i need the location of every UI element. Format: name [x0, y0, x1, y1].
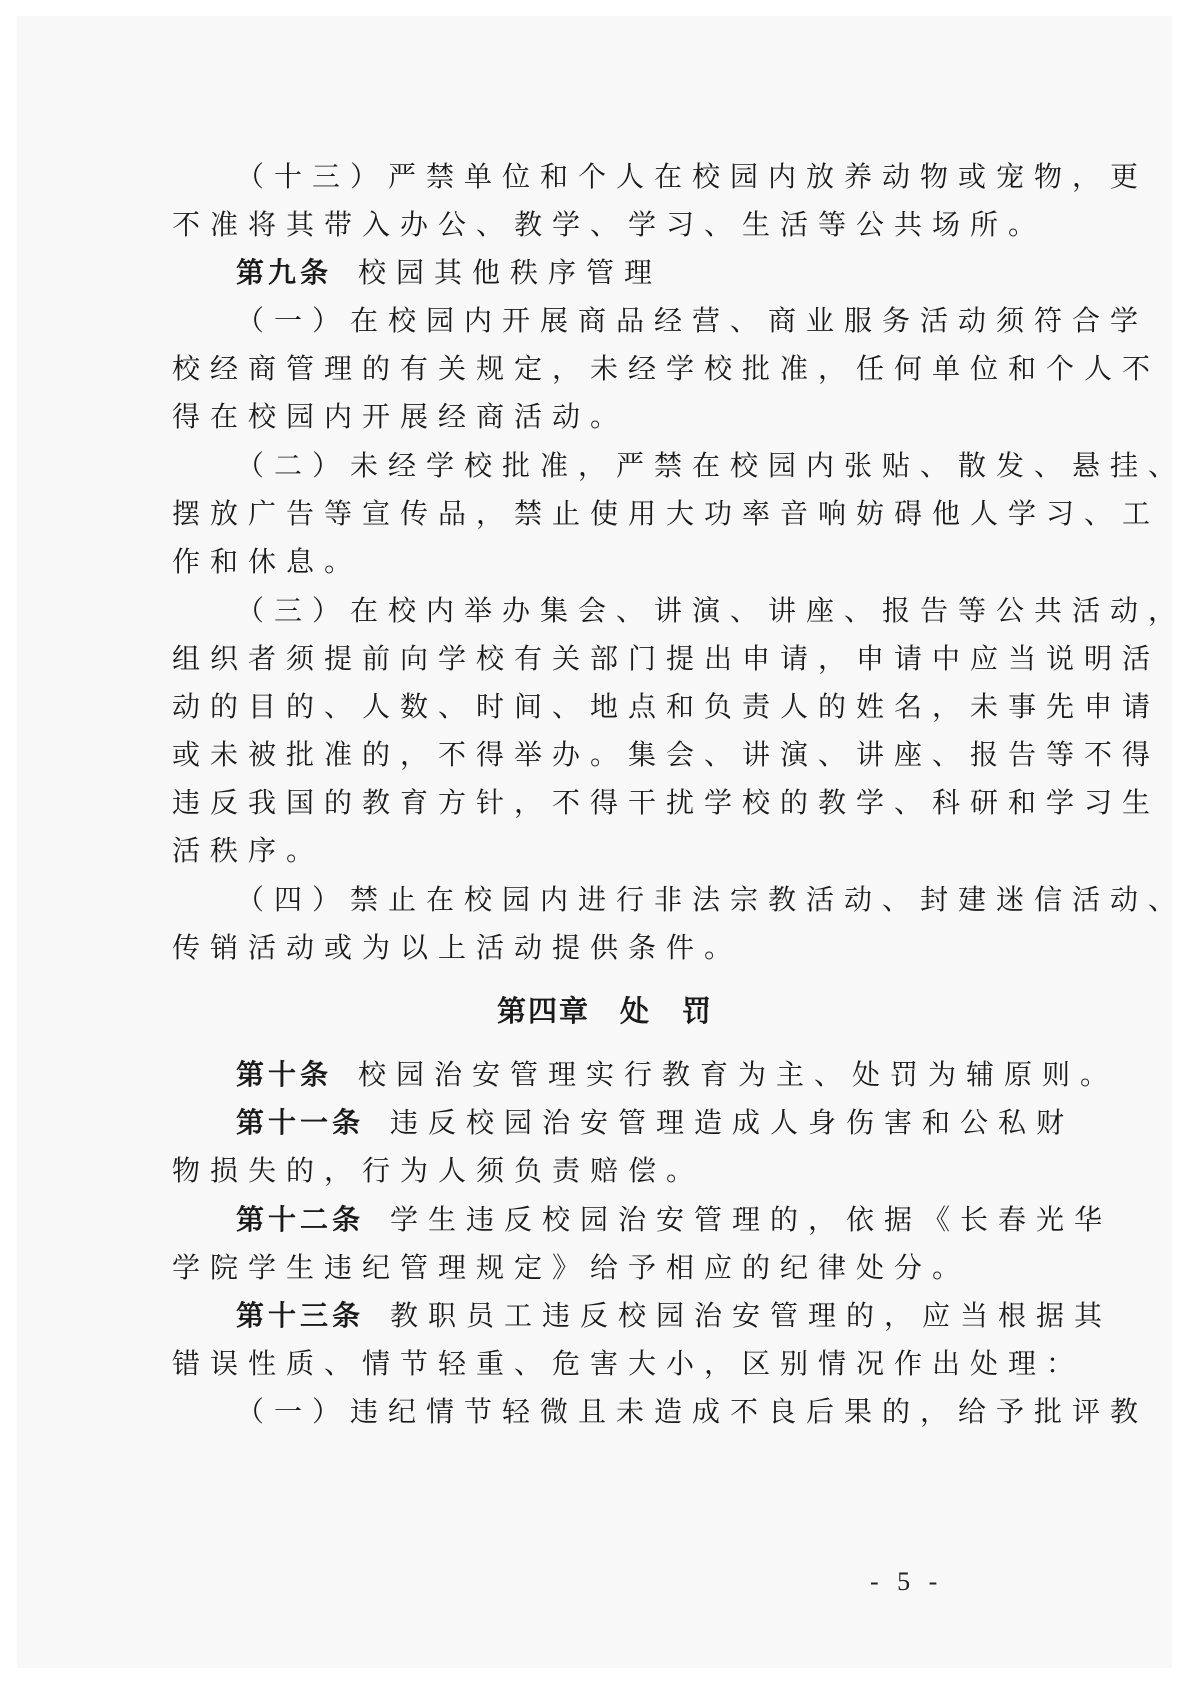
article-line: 第十三条教职员工违反校园治安管理的，应当根据其: [236, 1292, 1036, 1340]
paragraph-line: 学院学生违纪管理规定》给予相应的纪律处分。: [172, 1244, 972, 1292]
article-text: 学生违反校园治安管理的，依据《长春光华: [390, 1203, 1112, 1236]
chapter-title: 处 罚: [620, 994, 713, 1028]
paragraph-line: 错误性质、情节轻重、危害大小，区别情况作出处理：: [172, 1340, 972, 1388]
paragraph-line: 违反我国的教育方针，不得干扰学校的教学、科研和学习生: [172, 779, 972, 827]
chapter-heading: 第四章处 罚: [0, 987, 1190, 1035]
paragraph-line: （四）禁止在校园内进行非法宗教活动、封建迷信活动、: [236, 876, 1036, 924]
paragraph-line: （三）在校内举办集会、讲演、讲座、报告等公共活动，: [236, 587, 1036, 635]
paragraph-line: 得在校园内开展经商活动。: [172, 393, 972, 441]
article-line: 第十二条学生违反校园治安管理的，依据《长春光华: [236, 1196, 1036, 1244]
article-number: 第十二条: [236, 1203, 364, 1236]
paragraph-line: 活秩序。: [172, 827, 972, 875]
article-title: 校园其他秩序管理: [358, 256, 662, 289]
article-number: 第九条: [236, 256, 332, 289]
paragraph-line: （十三）严禁单位和个人在校园内放养动物或宠物，更: [236, 153, 1036, 201]
paragraph-line: 作和休息。: [172, 538, 972, 586]
paragraph-line: （一）违纪情节轻微且未造成不良后果的，给予批评教: [236, 1388, 1036, 1436]
paragraph-line: 组织者须提前向学校有关部门提出申请，申请中应当说明活: [172, 635, 972, 683]
chapter-number: 第四章: [497, 994, 590, 1028]
paragraph-line: 传销活动或为以上活动提供条件。: [172, 924, 972, 972]
paragraph-line: （一）在校园内开展商品经营、商业服务活动须符合学: [236, 297, 1036, 345]
article-heading-line: 第九条校园其他秩序管理: [236, 249, 1036, 297]
article-number: 第十三条: [236, 1299, 364, 1332]
paragraph-line: 动的目的、人数、时间、地点和负责人的姓名，未事先申请: [172, 683, 972, 731]
paragraph-line: （二）未经学校批准，严禁在校园内张贴、散发、悬挂、: [236, 442, 1036, 490]
article-text: 教职员工违反校园治安管理的，应当根据其: [390, 1299, 1112, 1332]
article-text: 校园治安管理实行教育为主、处罚为辅原则。: [358, 1058, 1118, 1091]
page-number: - 5 -: [870, 1562, 943, 1602]
article-number: 第十一条: [236, 1106, 364, 1139]
article-number: 第十条: [236, 1058, 332, 1091]
paragraph-line: 摆放广告等宣传品，禁止使用大功率音响妨碍他人学习、工: [172, 490, 972, 538]
paragraph-line: 物损失的，行为人须负责赔偿。: [172, 1147, 972, 1195]
paragraph-line: 或未被批准的，不得举办。集会、讲演、讲座、报告等不得: [172, 731, 972, 779]
paragraph-line: 校经商管理的有关规定，未经学校批准，任何单位和个人不: [172, 345, 972, 393]
article-line: 第十条校园治安管理实行教育为主、处罚为辅原则。: [236, 1051, 1036, 1099]
article-text: 违反校园治安管理造成人身伤害和公私财: [390, 1106, 1074, 1139]
paragraph-line: 不准将其带入办公、教学、学习、生活等公共场所。: [172, 201, 972, 249]
article-line: 第十一条违反校园治安管理造成人身伤害和公私财: [236, 1099, 1036, 1147]
